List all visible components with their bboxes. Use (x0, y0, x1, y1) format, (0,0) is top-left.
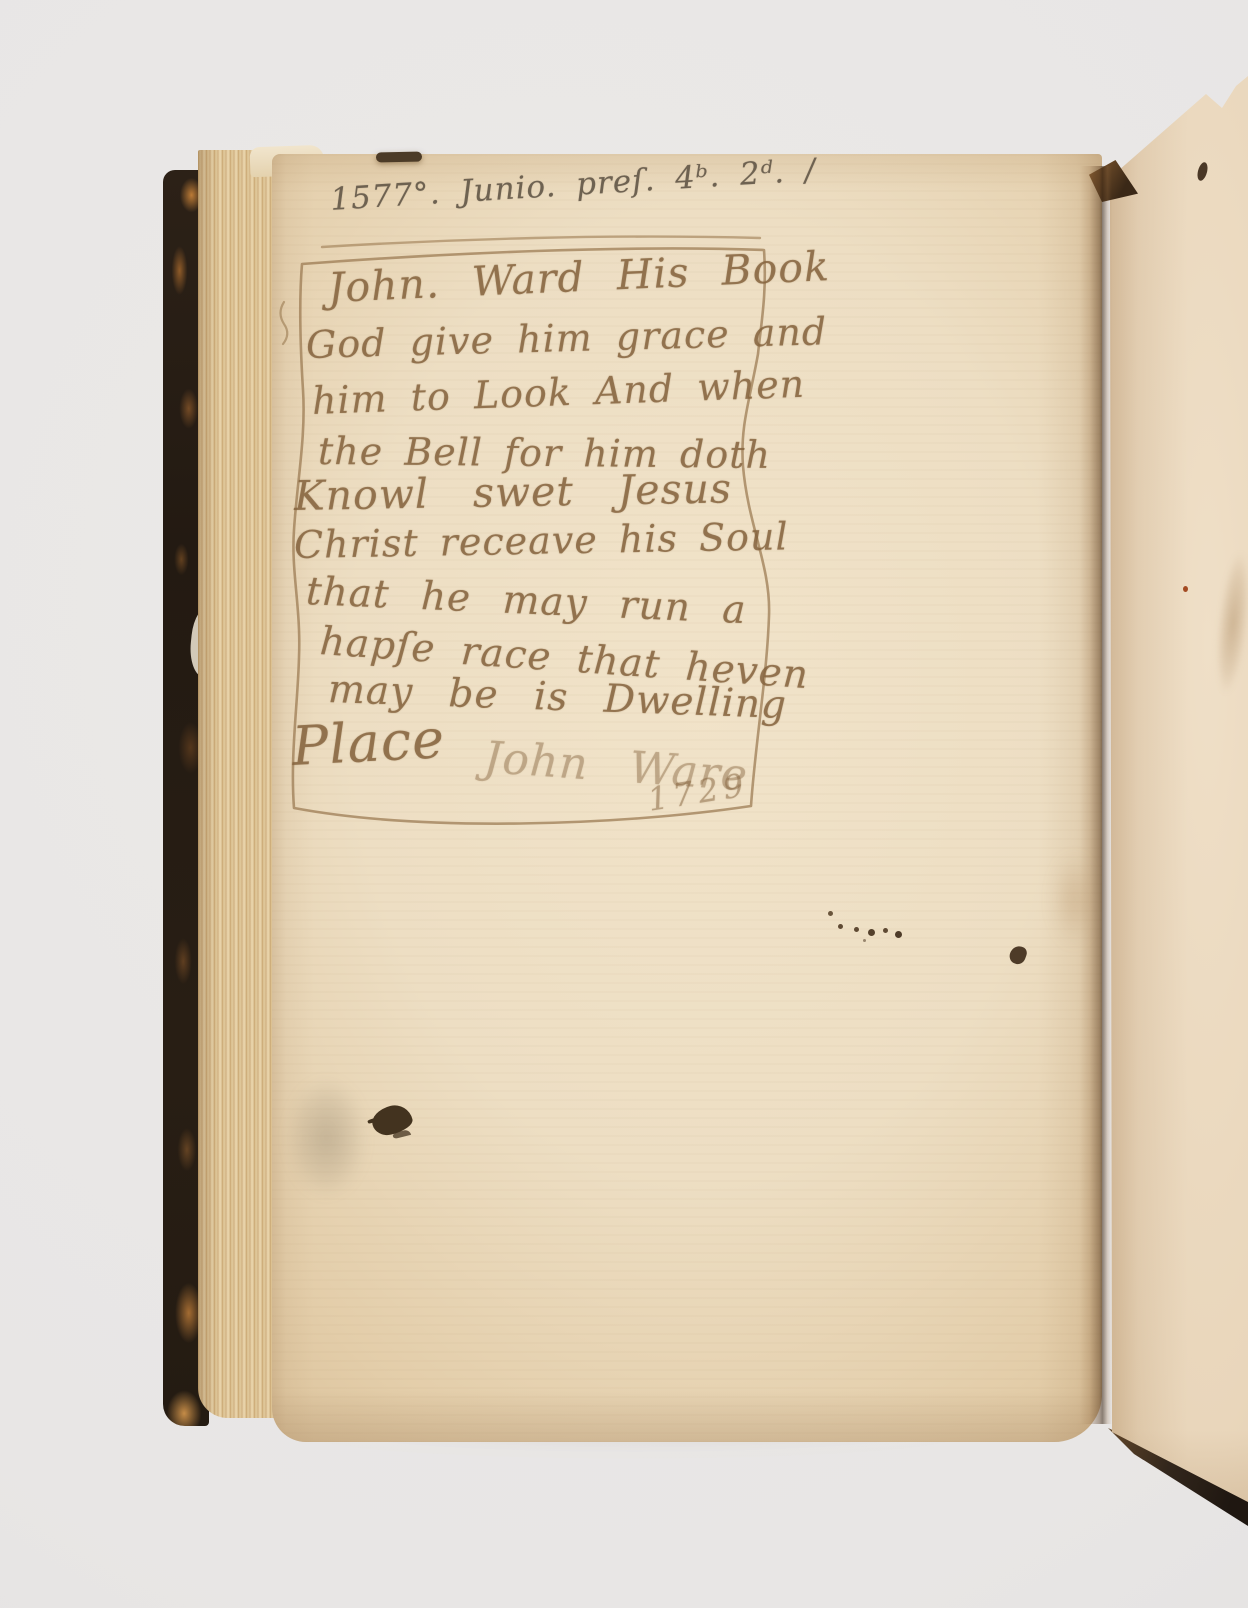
left-page: 1577°. Junio. preſ. 4ᵇ. 2ᵈ. / John. Ward… (272, 154, 1102, 1442)
wormhole-speck (1196, 161, 1210, 182)
price-date-inscription: 1577°. Junio. preſ. 4ᵇ. 2ᵈ. / (330, 155, 817, 216)
margin-squiggle (281, 302, 288, 344)
top-edge-stain (376, 152, 422, 163)
gutter-shadow (1080, 166, 1112, 1424)
ink-speck (1007, 944, 1028, 966)
verse-place-word: Place (291, 712, 447, 774)
brown-edge-stain (1207, 537, 1248, 710)
red-speck (1183, 586, 1188, 592)
ruled-line (322, 237, 760, 247)
photograph-of-open-book: 1577°. Junio. preſ. 4ᵇ. 2ᵈ. / John. Ward… (0, 0, 1248, 1608)
right-page (1104, 60, 1248, 1520)
grey-smudge-stain (276, 1062, 396, 1242)
verse-line-5: Knowl swet Jesus (294, 468, 733, 517)
verse-line-6: Christ receave his Soul (294, 517, 789, 564)
ink-specks (838, 924, 843, 929)
